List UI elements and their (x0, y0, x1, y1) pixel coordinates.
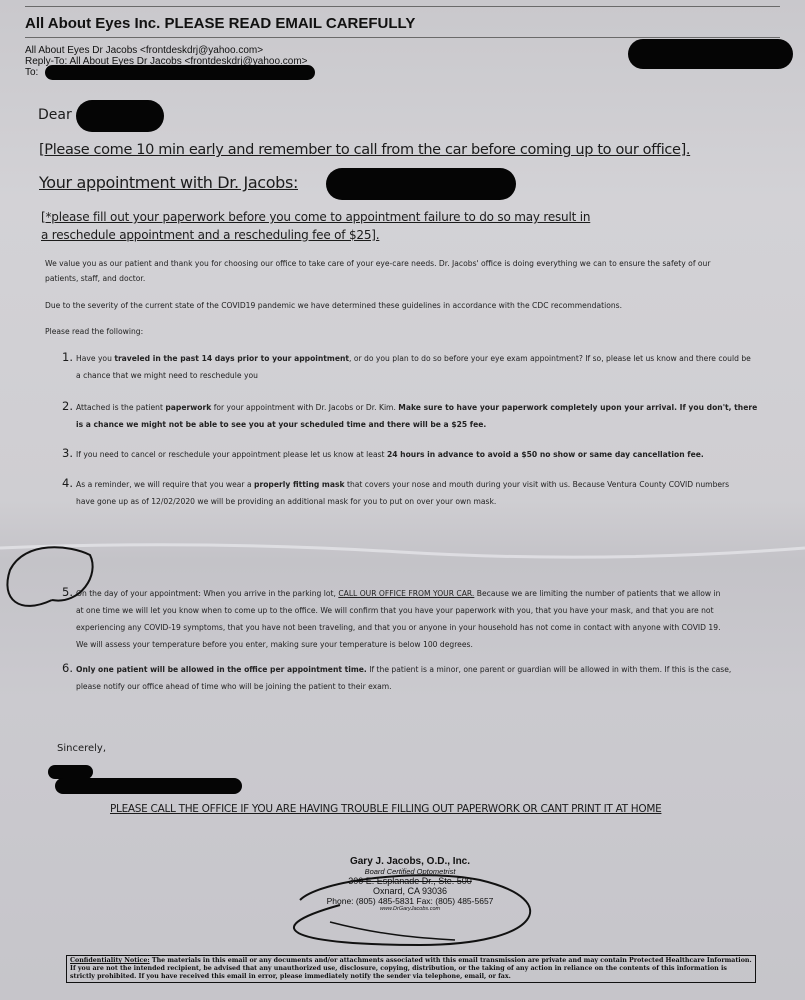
email-subject: All About Eyes Inc. PLEASE READ EMAIL CA… (25, 15, 415, 32)
call-office-notice: PLEASE CALL THE OFFICE IF YOU ARE HAVING… (110, 803, 661, 815)
appointment-label: Your appointment with Dr. Jacobs: (39, 173, 298, 192)
email-to-label: To: (25, 67, 38, 78)
address-line1: 300 E. Esplanade Dr., Ste. 500 (290, 876, 530, 886)
redaction-name (76, 100, 164, 132)
top-rule (25, 6, 780, 7)
email-from: All About Eyes Dr Jacobs <frontdeskdrj@y… (25, 45, 263, 56)
business-card: Gary J. Jacobs, O.D., Inc. Board Certifi… (290, 856, 530, 912)
item-number: 4. (62, 476, 73, 490)
list-item-6: Only one patient will be allowed in the … (76, 661, 766, 695)
paperwork-note-line1: [*please fill out your paperwork before … (41, 208, 590, 226)
list-item-4: As a reminder, we will require that you … (76, 476, 766, 510)
greeting: Dear (38, 107, 72, 123)
list-item-2: Attached is the patient paperwork for yo… (76, 399, 766, 433)
website-link[interactable]: www.DrGaryJacobs.com (290, 906, 530, 912)
redaction-appointment-date (326, 168, 516, 200)
redaction-to (45, 65, 315, 80)
item-number: 5. (62, 585, 73, 599)
covid-paragraph: Due to the severity of the current state… (45, 297, 622, 314)
closing: Sincerely, (57, 743, 106, 754)
read-following: Please read the following: (45, 323, 143, 340)
doctor-title: Board Certified Optometrist (290, 867, 530, 876)
come-early-notice: [Please come 10 min early and remember t… (39, 142, 690, 158)
item-number: 6. (62, 661, 73, 675)
list-item-5: On the day of your appointment: When you… (76, 585, 766, 653)
item-number: 2. (62, 399, 73, 413)
doctor-name: Gary J. Jacobs, O.D., Inc. (290, 856, 530, 867)
item-number: 3. (62, 446, 73, 460)
list-item-1: Have you traveled in the past 14 days pr… (76, 350, 766, 384)
redaction-signature-1 (48, 765, 93, 779)
subject-rule (25, 37, 780, 38)
redaction-date (628, 39, 793, 69)
phone-fax: Phone: (805) 485-5831 Fax: (805) 485-565… (290, 896, 530, 906)
item-number: 1. (62, 350, 73, 364)
address-line2: Oxnard, CA 93036 (290, 886, 530, 896)
intro-line2: patients, staff, and doctor. (45, 270, 145, 287)
paperwork-note-line2: a reschedule appointment and a reschedul… (41, 226, 379, 244)
confidentiality-notice: Confidentiality Notice: The materials in… (66, 955, 756, 983)
redaction-signature-2 (55, 778, 242, 794)
list-item-3: If you need to cancel or reschedule your… (76, 446, 766, 463)
